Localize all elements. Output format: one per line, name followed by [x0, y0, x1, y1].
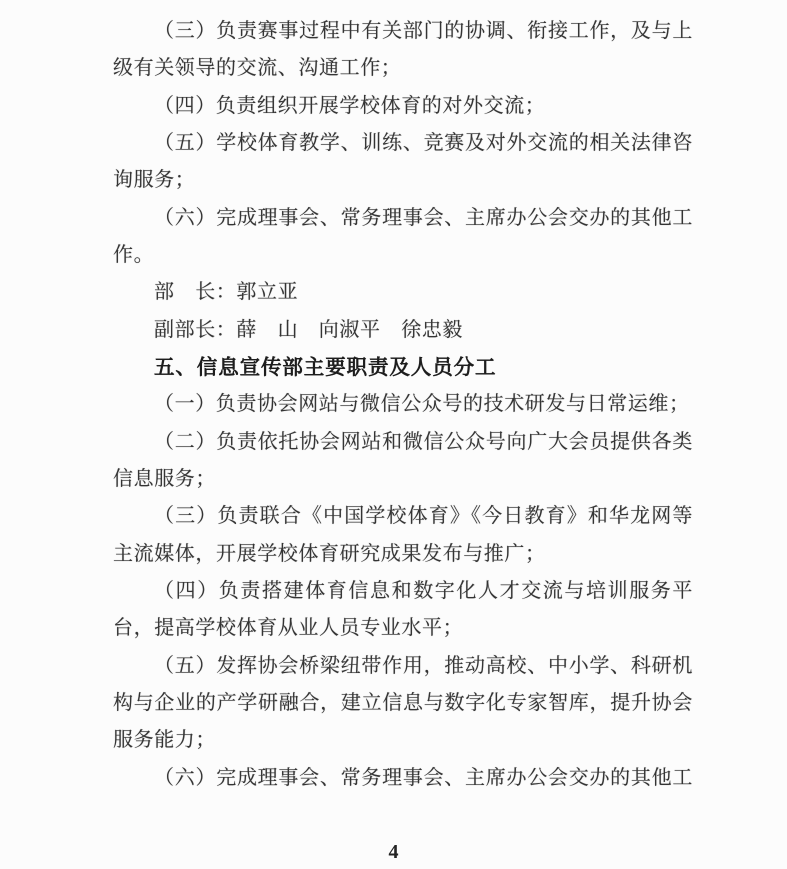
section5-item-5-line-2: 构与企业的产学研融合，建立信息与数字化专家智库，提升协会 — [113, 685, 693, 722]
section5-item-2-line-2: 信息服务； — [113, 461, 693, 498]
document-page: （三）负责赛事过程中有关部门的协调、衔接工作，及与上级有关领导的交流、沟通工作；… — [0, 0, 787, 869]
section4-minister: 部 长：郭立亚 — [113, 274, 693, 311]
section4-item-5-line-1: （五）学校体育教学、训练、竞赛及对外交流的相关法律咨 — [113, 125, 693, 162]
section5-item-5-line-3: 服务能力； — [113, 722, 693, 759]
page-number: 4 — [0, 841, 787, 864]
section5-item-4-line-1: （四）负责搭建体育信息和数字化人才交流与培训服务平 — [113, 573, 693, 610]
section4-item-3-line-1: （三）负责赛事过程中有关部门的协调、衔接工作，及与上 — [113, 13, 693, 50]
section4-item-4: （四）负责组织开展学校体育的对外交流； — [113, 88, 693, 125]
section5-item-3-line-2: 主流媒体，开展学校体育研究成果发布与推广； — [113, 536, 693, 573]
section5-item-1: （一）负责协会网站与微信公众号的技术研发与日常运维； — [113, 386, 693, 423]
section4-item-5-line-2: 询服务； — [113, 162, 693, 199]
section5-heading: 五、信息宣传部主要职责及人员分工 — [113, 349, 693, 386]
section5-item-6: （六）完成理事会、常务理事会、主席办公会交办的其他工 — [113, 760, 693, 797]
section5-item-4-line-2: 台，提高学校体育从业人员专业水平； — [113, 610, 693, 647]
section4-vice-ministers: 副部长：薛 山 向淑平 徐忠毅 — [113, 312, 693, 349]
document-text-block: （三）负责赛事过程中有关部门的协调、衔接工作，及与上级有关领导的交流、沟通工作；… — [113, 13, 693, 797]
section4-item-3-line-2: 级有关领导的交流、沟通工作； — [113, 50, 693, 87]
section4-item-6-line-1: （六）完成理事会、常务理事会、主席办公会交办的其他工 — [113, 200, 693, 237]
section5-item-2-line-1: （二）负责依托协会网站和微信公众号向广大会员提供各类 — [113, 424, 693, 461]
section5-item-3-line-1: （三）负责联合《中国学校体育》《今日教育》和华龙网等 — [113, 498, 693, 535]
section4-item-6-line-2: 作。 — [113, 237, 693, 274]
section5-item-5-line-1: （五）发挥协会桥梁纽带作用，推动高校、中小学、科研机 — [113, 648, 693, 685]
